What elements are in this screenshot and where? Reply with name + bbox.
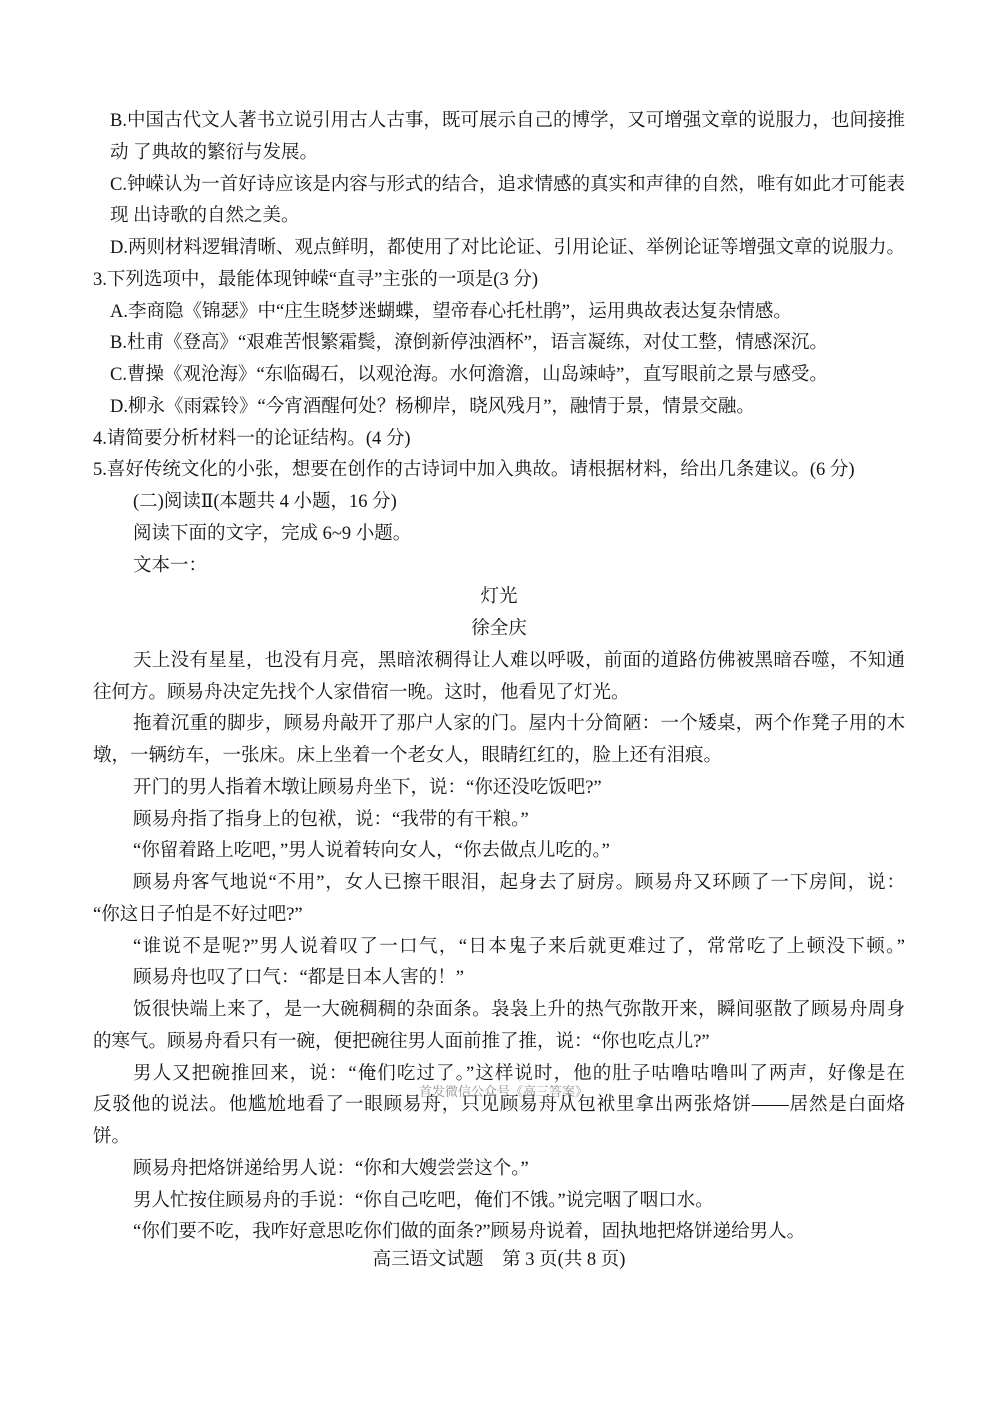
text-line: 饼。 <box>93 1122 905 1154</box>
question-5: 5.喜好传统文化的小张，想要在创作的古诗词中加入典故。请根据材料，给出几条建议。… <box>93 455 905 487</box>
question-3: 3.下列选项中，最能体现钟嵘“直寻”主张的一项是(3 分) <box>93 265 905 297</box>
text-line: 顾易舟客气地说“不用”，女人已擦干眼泪，起身去了厨房。顾易舟又环顾了一下房间，说… <box>133 868 905 900</box>
text-line: 顾易舟也叹了口气：“都是日本人害的！” <box>133 963 905 995</box>
text-line: “你们要不吃，我咋好意思吃你们做的面条?”顾易舟说着，固执地把烙饼递给男人。 <box>133 1217 905 1249</box>
option-3A: A.李商隐《锦瑟》中“庄生晓梦迷蝴蝶，望帝春心托杜鹃”，运用典故表达复杂情感。 <box>110 297 905 329</box>
text-line: 顾易舟指了指身上的包袱，说：“我带的有干粮。” <box>133 805 905 837</box>
option-2B-line2: 了典故的繁衍与发展。 <box>133 138 905 170</box>
section-instruction: 阅读下面的文字，完成 6~9 小题。 <box>133 519 905 551</box>
text-line: “你这日子怕是不好过吧?” <box>93 900 905 932</box>
story-author: 徐全庆 <box>93 614 905 646</box>
page-footer: 高三语文试题 第 3 页(共 8 页) <box>93 1247 905 1273</box>
text-line: 开门的男人指着木墩让顾易舟坐下，说：“你还没吃饭吧?” <box>133 773 905 805</box>
text-line: 天上没有星星，也没有月亮，黑暗浓稠得让人难以呼吸，前面的道路仿佛被黑暗吞噬，不知… <box>133 646 905 678</box>
text-line: 往何方。顾易舟决定先找个人家借宿一晚。这时，他看见了灯光。 <box>93 678 905 710</box>
text-line: 的寒气。顾易舟看只有一碗，便把碗往男人面前推了推，说：“你也吃点儿?” <box>93 1027 905 1059</box>
question-4: 4.请简要分析材料一的论证结构。(4 分) <box>93 424 905 456</box>
exam-page: B.中国古代文人著书立说引用古人古事，既可展示自己的博学，又可增强文章的说服力，… <box>0 0 992 1402</box>
option-3D: D.柳永《雨霖铃》“今宵酒醒何处？杨柳岸，晓风残月”，融情于景，情景交融。 <box>110 392 905 424</box>
option-2B-line1: B.中国古代文人著书立说引用古人古事，既可展示自己的博学，又可增强文章的说服力，… <box>110 106 905 138</box>
text-line: 拖着沉重的脚步，顾易舟敲开了那户人家的门。屋内十分简陋：一个矮桌，两个作凳子用的… <box>133 709 905 741</box>
text-line: “你留着路上吃吧，”男人说着转向女人，“你去做点儿吃的。” <box>133 836 905 868</box>
text-line: 男人忙按住顾易舟的手说：“你自己吃吧，俺们不饿。”说完咽了咽口水。 <box>133 1186 905 1218</box>
story-title: 灯光 <box>93 582 905 614</box>
document-body: B.中国古代文人著书立说引用古人古事，既可展示自己的博学，又可增强文章的说服力，… <box>93 106 905 1249</box>
text-line: 饭很快端上来了，是一大碗稠稠的杂面条。袅袅上升的热气弥散开来，瞬间驱散了顾易舟周… <box>133 995 905 1027</box>
option-3C: C.曹操《观沧海》“东临碣石，以观沧海。水何澹澹，山岛竦峙”，直写眼前之景与感受… <box>110 360 905 392</box>
option-2C-line1: C.钟嵘认为一首好诗应该是内容与形式的结合，追求情感的真实和声律的自然，唯有如此… <box>110 170 905 202</box>
option-3B: B.杜甫《登高》“艰难苦恨繁霜鬓，潦倒新停浊酒杯”，语言凝练，对仗工整，情感深沉… <box>110 328 905 360</box>
watermark: 首发微信公众号《高三答案》 <box>419 1084 588 1099</box>
text-one-label: 文本一： <box>133 551 905 583</box>
text-line: “谁说不是呢?”男人说着叹了一口气，“日本鬼子来后就更难过了，常常吃了上顿没下顿… <box>133 932 905 964</box>
option-2C-line2: 出诗歌的自然之美。 <box>133 201 905 233</box>
option-2D: D.两则材料逻辑清晰、观点鲜明，都使用了对比论证、引用论证、举例论证等增强文章的… <box>110 233 905 265</box>
text-line: 墩，一辆纺车，一张床。床上坐着一个老女人，眼睛红红的，脸上还有泪痕。 <box>93 741 905 773</box>
text-line: 顾易舟把烙饼递给男人说：“你和大嫂尝尝这个。” <box>133 1154 905 1186</box>
section-heading: (二)阅读Ⅱ(本题共 4 小题，16 分) <box>133 487 905 519</box>
